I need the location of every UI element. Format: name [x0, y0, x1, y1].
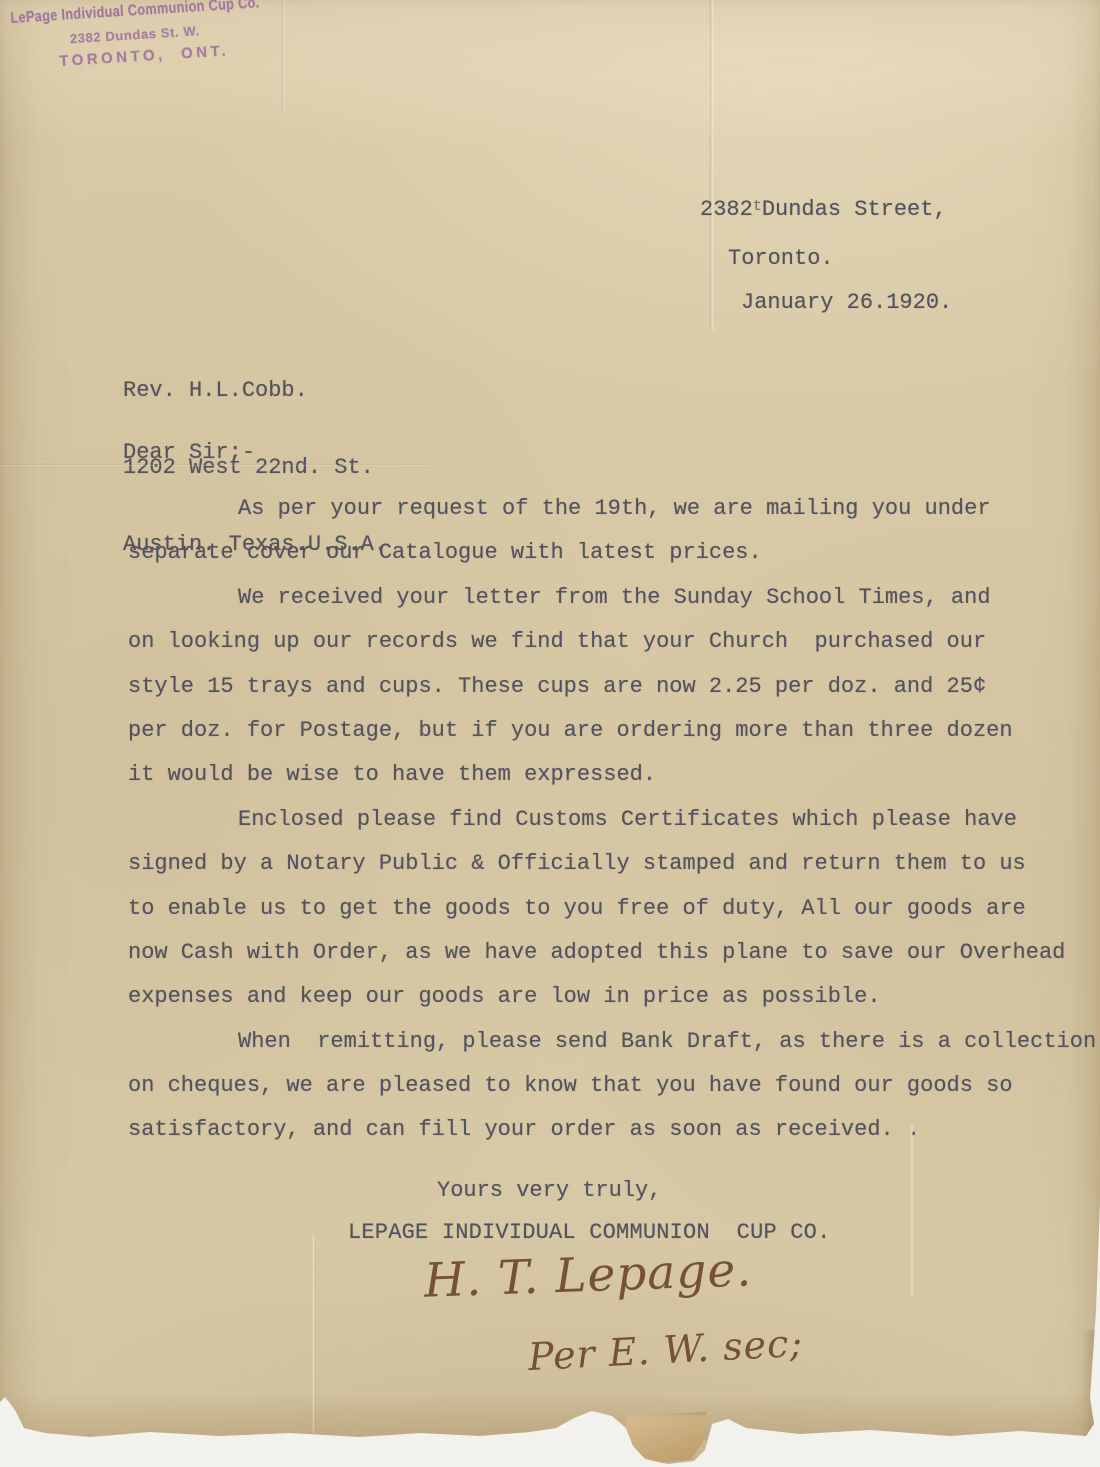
body-line: When remitting, please send Bank Draft, … [128, 1020, 1100, 1064]
sender-street-name: Dundas Street, [762, 197, 947, 222]
body-line: now Cash with Order, as we have adopted … [128, 931, 1100, 975]
body-line: style 15 trays and cups. These cups are … [128, 665, 1100, 709]
letter-body: As per your request of the 19th, we are … [128, 487, 1100, 1153]
body-line: signed by a Notary Public & Officially s… [128, 842, 1100, 886]
letter-date: January 26.1920. [741, 290, 952, 315]
right-edge-shadow [1082, 1330, 1098, 1438]
scanned-letter: LePage Individual Communion Cup Co. 2382… [0, 0, 1100, 1467]
body-line: expenses and keep our goods are low in p… [128, 975, 1100, 1019]
valediction: Yours very truly, [437, 1178, 661, 1203]
bottom-edge-shadow [0, 1392, 1100, 1440]
sender-city-line: Toronto. [728, 246, 834, 271]
body-line: it would be wise to have them expressed. [128, 753, 1100, 797]
body-line: satisfactory, and can fill your order as… [128, 1108, 1100, 1152]
recipient-name: Rev. H.L.Cobb. [123, 378, 387, 404]
body-line: We received your letter from the Sunday … [128, 576, 1100, 620]
company-signature-line: LEPAGE INDIVIDUAL COMMUNION CUP CO. [348, 1220, 830, 1245]
body-line: As per your request of the 19th, we are … [128, 487, 1100, 531]
body-line: on cheques, we are pleased to know that … [128, 1064, 1100, 1108]
company-stamp: LePage Individual Communion Cup Co. 2382… [10, 0, 318, 73]
body-line: to enable us to get the goods to you fre… [128, 887, 1100, 931]
body-line: per doz. for Postage, but if you are ord… [128, 709, 1100, 753]
body-line: on looking up our records we find that y… [128, 620, 1100, 664]
sender-street-number: 2382 [700, 197, 753, 222]
body-line: separate cover our Catalogue with latest… [128, 531, 1100, 575]
sender-street-line: 2382tDundas Street, [700, 197, 947, 222]
handwritten-per-line: Per E. W. sec; [527, 1321, 804, 1379]
stray-typed-character: t [753, 198, 762, 215]
torn-paper-flap [622, 1410, 710, 1464]
letter-page: LePage Individual Communion Cup Co. 2382… [0, 0, 1100, 1467]
salutation: Dear Sir;- [123, 440, 255, 465]
body-line: Enclosed please find Customs Certificate… [128, 798, 1100, 842]
paper-crease [709, 0, 714, 330]
handwritten-signature: H. T. Lepage. [423, 1242, 753, 1308]
